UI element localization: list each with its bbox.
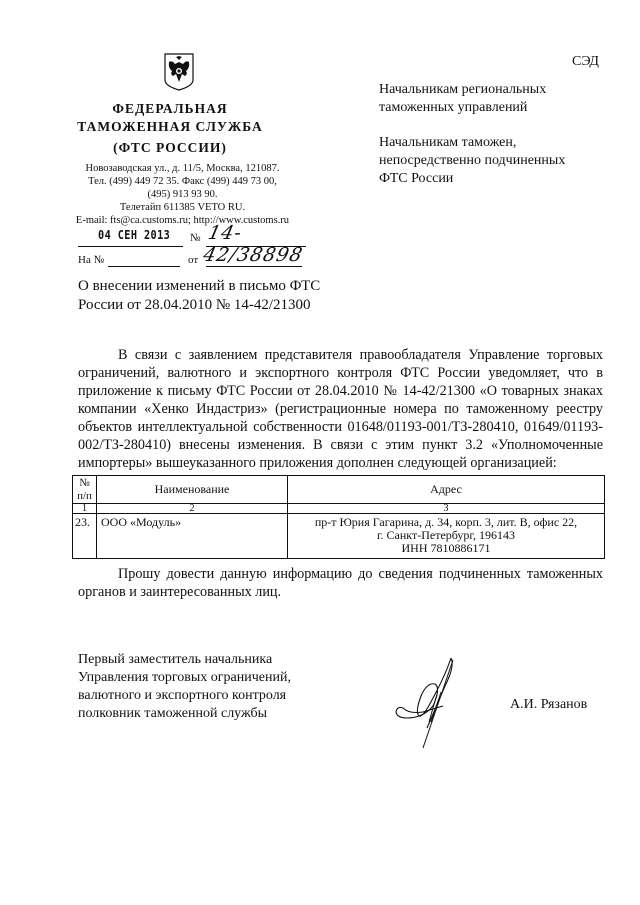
row-name-cell: ООО «Модуль» — [97, 514, 288, 559]
signatory-name: А.И. Рязанов — [510, 697, 587, 713]
importers-table: № п/п Наименование Адрес 1 2 3 23. ООО «… — [72, 475, 605, 559]
date-number-line: 04 СЕН 2013 № 14-42/38898 — [78, 226, 328, 250]
column-number-cell: 2 — [97, 504, 288, 514]
subject-line: России от 28.04.2010 № 14-42/21300 — [78, 296, 378, 315]
reference-line: На № от — [78, 254, 328, 270]
inn-line: ИНН 7810886171 — [292, 542, 600, 555]
number-underline — [206, 246, 306, 247]
org-name-line: (ФТС РОССИИ) — [70, 139, 270, 157]
handwritten-signature-icon — [393, 656, 483, 751]
row-number-cell: 23. — [73, 514, 97, 559]
body-paragraph-request: Прошу довести данную информацию до сведе… — [78, 565, 603, 601]
from-label: от — [188, 254, 198, 266]
table-column-numbers-row: 1 2 3 — [73, 504, 605, 514]
phone-line: Тел. (499) 449 72 35. Факс (499) 449 73 … — [70, 175, 295, 188]
phone-line: (495) 913 93 90. — [70, 188, 295, 201]
title-line: валютного и экспортного контроля — [78, 687, 291, 705]
column-number-cell: 1 — [73, 504, 97, 514]
column-number-cell: 3 — [288, 504, 605, 514]
body-paragraph-notice: В связи с заявлением представителя право… — [78, 346, 603, 472]
letter-subject: О внесении изменений в письмо ФТС России… — [78, 277, 378, 315]
title-line: полковник таможенной службы — [78, 705, 291, 723]
row-address-cell: пр-т Юрия Гагарина, д. 34, корп. 3, лит.… — [288, 514, 605, 559]
date-stamp: 04 СЕН 2013 — [98, 228, 170, 242]
date-underline — [78, 246, 183, 247]
paragraph-text: Прошу довести данную информацию до сведе… — [78, 565, 603, 601]
russian-coat-of-arms-icon — [163, 52, 195, 92]
address-line: Новозаводская ул., д. 11/5, Москва, 1210… — [70, 162, 295, 175]
header-cell-name: Наименование — [97, 476, 288, 504]
org-name-line: ТАМОЖЕННАЯ СЛУЖБА — [70, 118, 270, 136]
paragraph-text: В связи с заявлением представителя право… — [78, 346, 603, 472]
signatory-title: Первый заместитель начальника Управления… — [78, 651, 291, 723]
organization-contacts: Новозаводская ул., д. 11/5, Москва, 1210… — [70, 162, 295, 227]
addressee-line: таможенных управлений — [379, 99, 609, 117]
from-blank — [206, 266, 302, 267]
addressee-line: непосредственно подчиненных — [379, 152, 609, 170]
addressee-line: Начальникам региональных — [379, 81, 609, 99]
header-cell-address: Адрес — [288, 476, 605, 504]
org-name-line: ФЕДЕРАЛЬНАЯ — [70, 100, 270, 118]
in-reply-label: На № — [78, 254, 104, 266]
header-cell-number: № п/п — [73, 476, 97, 504]
table-header-row: № п/п Наименование Адрес — [73, 476, 605, 504]
addressee-line: ФТС России — [379, 170, 609, 188]
title-line: Управления торговых ограничений, — [78, 669, 291, 687]
teletype-line: Телетайп 611385 VETO RU. — [70, 201, 295, 214]
organization-name: ФЕДЕРАЛЬНАЯ ТАМОЖЕННАЯ СЛУЖБА (ФТС РОССИ… — [70, 100, 270, 157]
title-line: Первый заместитель начальника — [78, 651, 291, 669]
addressee-customs: Начальникам таможен, непосредственно под… — [379, 134, 609, 188]
sed-mark: СЭД — [572, 54, 599, 70]
number-label: № — [190, 232, 201, 244]
in-reply-blank — [108, 266, 180, 267]
table-row: 23. ООО «Модуль» пр-т Юрия Гагарина, д. … — [73, 514, 605, 559]
addressee-regional: Начальникам региональных таможенных упра… — [379, 81, 609, 117]
addressee-line: Начальникам таможен, — [379, 134, 609, 152]
subject-line: О внесении изменений в письмо ФТС — [78, 277, 378, 296]
